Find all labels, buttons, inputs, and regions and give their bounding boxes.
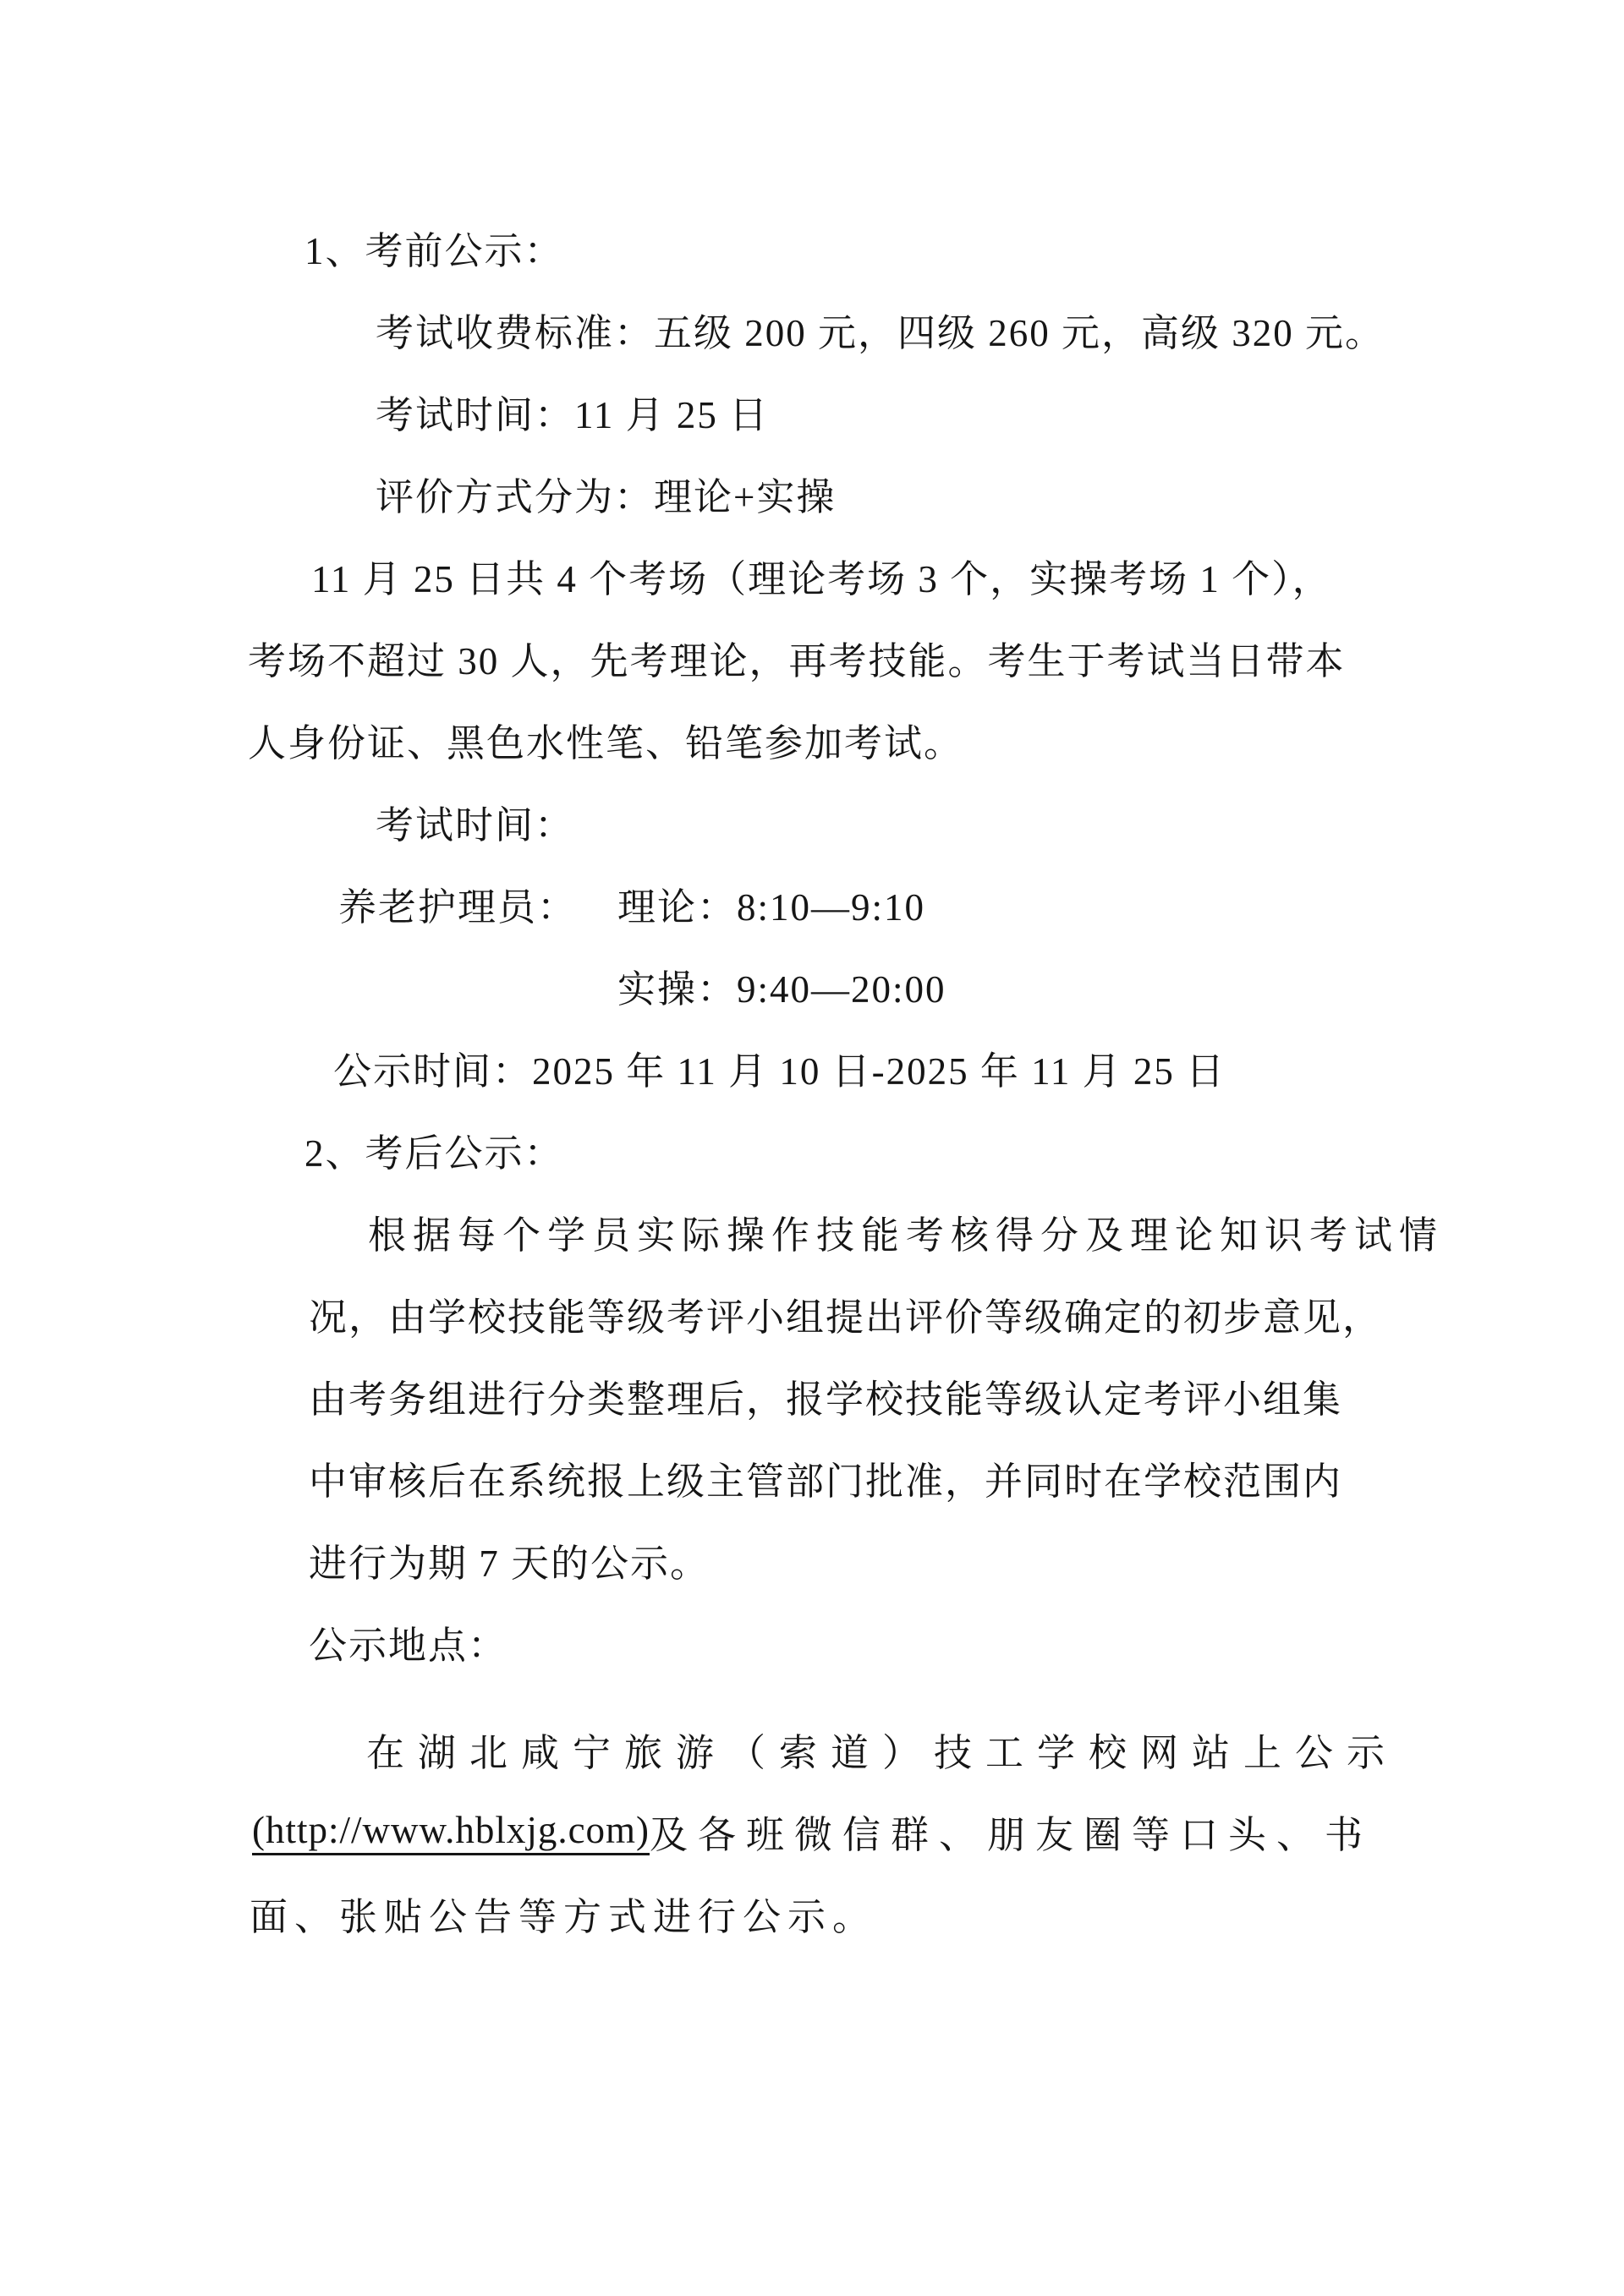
schedule-heading-line: 考试时间： [0, 781, 1624, 863]
location-text-1: 在湖北咸宁旅游（索道）技工学校网站上公示 [366, 1722, 1398, 1777]
schedule-practical-line: 实操：9:40—20:00 [0, 945, 1624, 1027]
location-line-1: 在湖北咸宁旅游（索道）技工学校网站上公示 [0, 1708, 1624, 1790]
schedule-role-text: 养老护理员： [338, 876, 577, 931]
document-body: 1、考前公示： 考试收费标准：五级 200 元，四级 260 元，高级 320 … [0, 0, 1624, 1954]
location-heading-text: 公示地点： [309, 1614, 507, 1669]
exam-rooms-line-2: 考场不超过 30 人，先考理论，再考技能。考生于考试当日带本 [0, 616, 1624, 699]
exam-fee-text: 考试收费标准：五级 200 元，四级 260 元，高级 320 元。 [376, 302, 1385, 357]
location-line-3: 面、张贴公告等方式进行公示。 [0, 1872, 1624, 1954]
section1-heading: 1、考前公示： [0, 206, 1624, 288]
school-website-link[interactable]: (http://www.hblxjg.com) [252, 1808, 650, 1855]
post-exam-line-3: 由考务组进行分类整理后，报学校技能等级认定考评小组集 [0, 1355, 1624, 1437]
post-exam-line-5: 进行为期 7 天的公示。 [0, 1519, 1624, 1601]
publicity-period-line: 公示时间：2025 年 11 月 10 日-2025 年 11 月 25 日 [0, 1027, 1624, 1109]
exam-rooms-line-1: 11 月 25 日共 4 个考场（理论考场 3 个，实操考场 1 个）， [0, 534, 1624, 616]
document-page: 1、考前公示： 考试收费标准：五级 200 元，四级 260 元，高级 320 … [0, 0, 1624, 2296]
schedule-theory-line: 养老护理员： 理论：8:10—9:10 [0, 863, 1624, 945]
exam-rooms-text-1: 11 月 25 日共 4 个考场（理论考场 3 个，实操考场 1 个）， [311, 548, 1332, 603]
schedule-theory-text: 理论：8:10—9:10 [617, 876, 925, 931]
location-heading-line: 公示地点： [0, 1601, 1624, 1683]
post-exam-line-4: 中审核后在系统报上级主管部门批准，并同时在学校范围内 [0, 1437, 1624, 1519]
post-exam-text-4: 中审核后在系统报上级主管部门批准，并同时在学校范围内 [309, 1450, 1342, 1505]
publicity-period-text: 公示时间：2025 年 11 月 10 日-2025 年 11 月 25 日 [333, 1040, 1226, 1095]
exam-rooms-text-2: 考场不超过 30 人，先考理论，再考技能。考生于考试当日带本 [248, 630, 1346, 685]
location-text-3: 面、张贴公告等方式进行公示。 [250, 1886, 877, 1941]
post-exam-line-1: 根据每个学员实际操作技能考核得分及理论知识考试情 [0, 1191, 1624, 1273]
post-exam-text-1: 根据每个学员实际操作技能考核得分及理论知识考试情 [368, 1204, 1444, 1259]
exam-fee-line: 考试收费标准：五级 200 元，四级 260 元，高级 320 元。 [0, 288, 1624, 370]
schedule-practical-text: 实操：9:40—20:00 [617, 958, 946, 1013]
heading-text: 2、考后公示： [304, 1122, 564, 1177]
schedule-heading-text: 考试时间： [376, 794, 574, 849]
post-exam-text-2: 况，由学校技能等级考评小组提出评价等级确定的初步意见， [309, 1286, 1382, 1341]
location-text-2: 及各班微信群、朋友圈等口头、书 [650, 1804, 1373, 1859]
heading-text: 1、考前公示： [304, 220, 564, 275]
post-exam-text-3: 由考务组进行分类整理后，报学校技能等级认定考评小组集 [309, 1368, 1342, 1423]
post-exam-text-5: 进行为期 7 天的公示。 [309, 1532, 710, 1587]
exam-date-line: 考试时间：11 月 25 日 [0, 370, 1624, 452]
evaluation-method-text: 评价方式分为：理论+实操 [376, 466, 836, 521]
exam-date-text: 考试时间：11 月 25 日 [376, 384, 769, 439]
evaluation-method-line: 评价方式分为：理论+实操 [0, 452, 1624, 534]
section2-heading: 2、考后公示： [0, 1109, 1624, 1191]
exam-rooms-text-3: 人身份证、黑色水性笔、铅笔参加考试。 [248, 712, 963, 767]
post-exam-line-2: 况，由学校技能等级考评小组提出评价等级确定的初步意见， [0, 1273, 1624, 1355]
location-line-2: (http://www.hblxjg.com) 及各班微信群、朋友圈等口头、书 [0, 1790, 1624, 1872]
exam-rooms-line-3: 人身份证、黑色水性笔、铅笔参加考试。 [0, 699, 1624, 781]
